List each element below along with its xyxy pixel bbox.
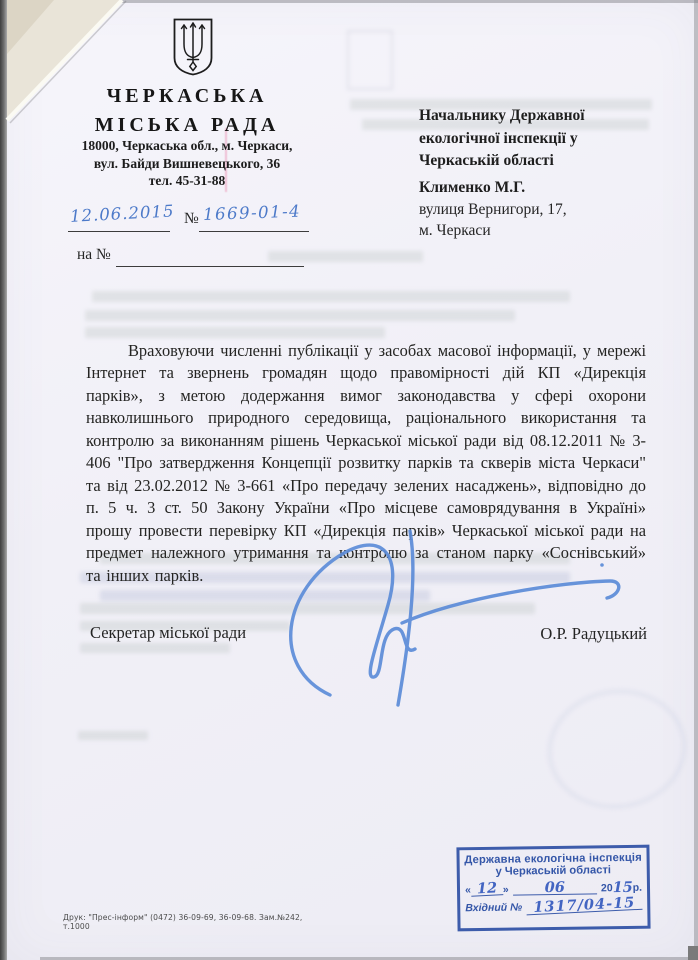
recipient-line2: екологічної інспекції у	[419, 128, 659, 151]
scan-edge-top	[120, 0, 698, 3]
org-title-line1: ЧЕРКАСЬКА	[62, 82, 312, 111]
org-title-line2: МІСЬКА РАДА	[62, 111, 312, 140]
recipient-address-line2: м. Черкаси	[419, 222, 659, 240]
coat-of-arms-trident-icon	[172, 17, 214, 77]
bleed-through-line	[85, 327, 385, 338]
stamp-date-row: « 12 » 06 20 15 р.	[460, 880, 647, 897]
handwritten-doc-number: 1669-01-4	[203, 201, 319, 224]
org-address-line1: 18000, Черкаська обл., м. Черкаси,	[50, 137, 324, 155]
signer-position-title: Секретар міської ради	[90, 623, 246, 643]
org-address-line3: тел. 45-31-88	[50, 172, 324, 190]
date-underline	[68, 231, 170, 232]
signer-name: О.Р. Радуцький	[510, 624, 647, 644]
recipient-line3: Черкаській області	[419, 150, 659, 173]
scan-edge-right	[694, 0, 698, 960]
print-shop-info: Друк: "Прес-інформ" (0472) 36-09-69, 36-…	[63, 913, 323, 931]
recipient-address-line1: вулиця Вернигори, 17,	[419, 201, 659, 219]
org-address-line2: вул. Байди Вишневецького, 36	[50, 155, 324, 173]
org-address: 18000, Черкаська обл., м. Черкаси, вул. …	[50, 137, 324, 190]
stamp-handwritten-incoming-number: 1317/04-15	[526, 896, 643, 916]
bleed-through-line	[92, 291, 570, 302]
scan-edge-left	[0, 0, 7, 960]
recipient-block: Начальнику Державної екологічної інспекц…	[419, 105, 659, 173]
number-symbol: №	[184, 210, 199, 228]
handwritten-signature	[252, 527, 632, 712]
stamp-handwritten-day: 12	[471, 881, 504, 897]
org-title: ЧЕРКАСЬКА МІСЬКА РАДА	[62, 82, 312, 140]
stamp-handwritten-year: 15	[613, 881, 633, 894]
reply-to-label: на №	[77, 246, 111, 264]
bleed-through-line	[85, 310, 515, 321]
stamp-handwritten-month: 06	[513, 880, 597, 895]
scan-corner-bottom-right	[688, 946, 698, 960]
reply-to-underline	[116, 266, 304, 267]
stamp-year-suffix: р.	[633, 882, 643, 894]
scanned-letter: ЧЕРКАСЬКА МІСЬКА РАДА 18000, Черкаська о…	[0, 0, 698, 960]
stamp-year-prefix: 20	[601, 882, 613, 894]
bleed-through-emblem	[347, 30, 393, 90]
recipient-line1: Начальнику Державної	[419, 105, 659, 128]
stamp-quote-close: »	[503, 884, 509, 896]
bleed-through-line	[78, 731, 148, 740]
bleed-through-line	[268, 251, 423, 262]
number-underline	[199, 231, 309, 232]
recipient-name: Клименко М.Г.	[419, 179, 659, 197]
stamp-incoming-row: Вхідний № 1317/04-15	[460, 898, 647, 915]
bleed-through-line	[80, 643, 230, 653]
incoming-stamp: Державна екологічна інспекція у Черкаськ…	[456, 845, 650, 932]
stamp-incoming-label: Вхідний №	[465, 901, 522, 914]
